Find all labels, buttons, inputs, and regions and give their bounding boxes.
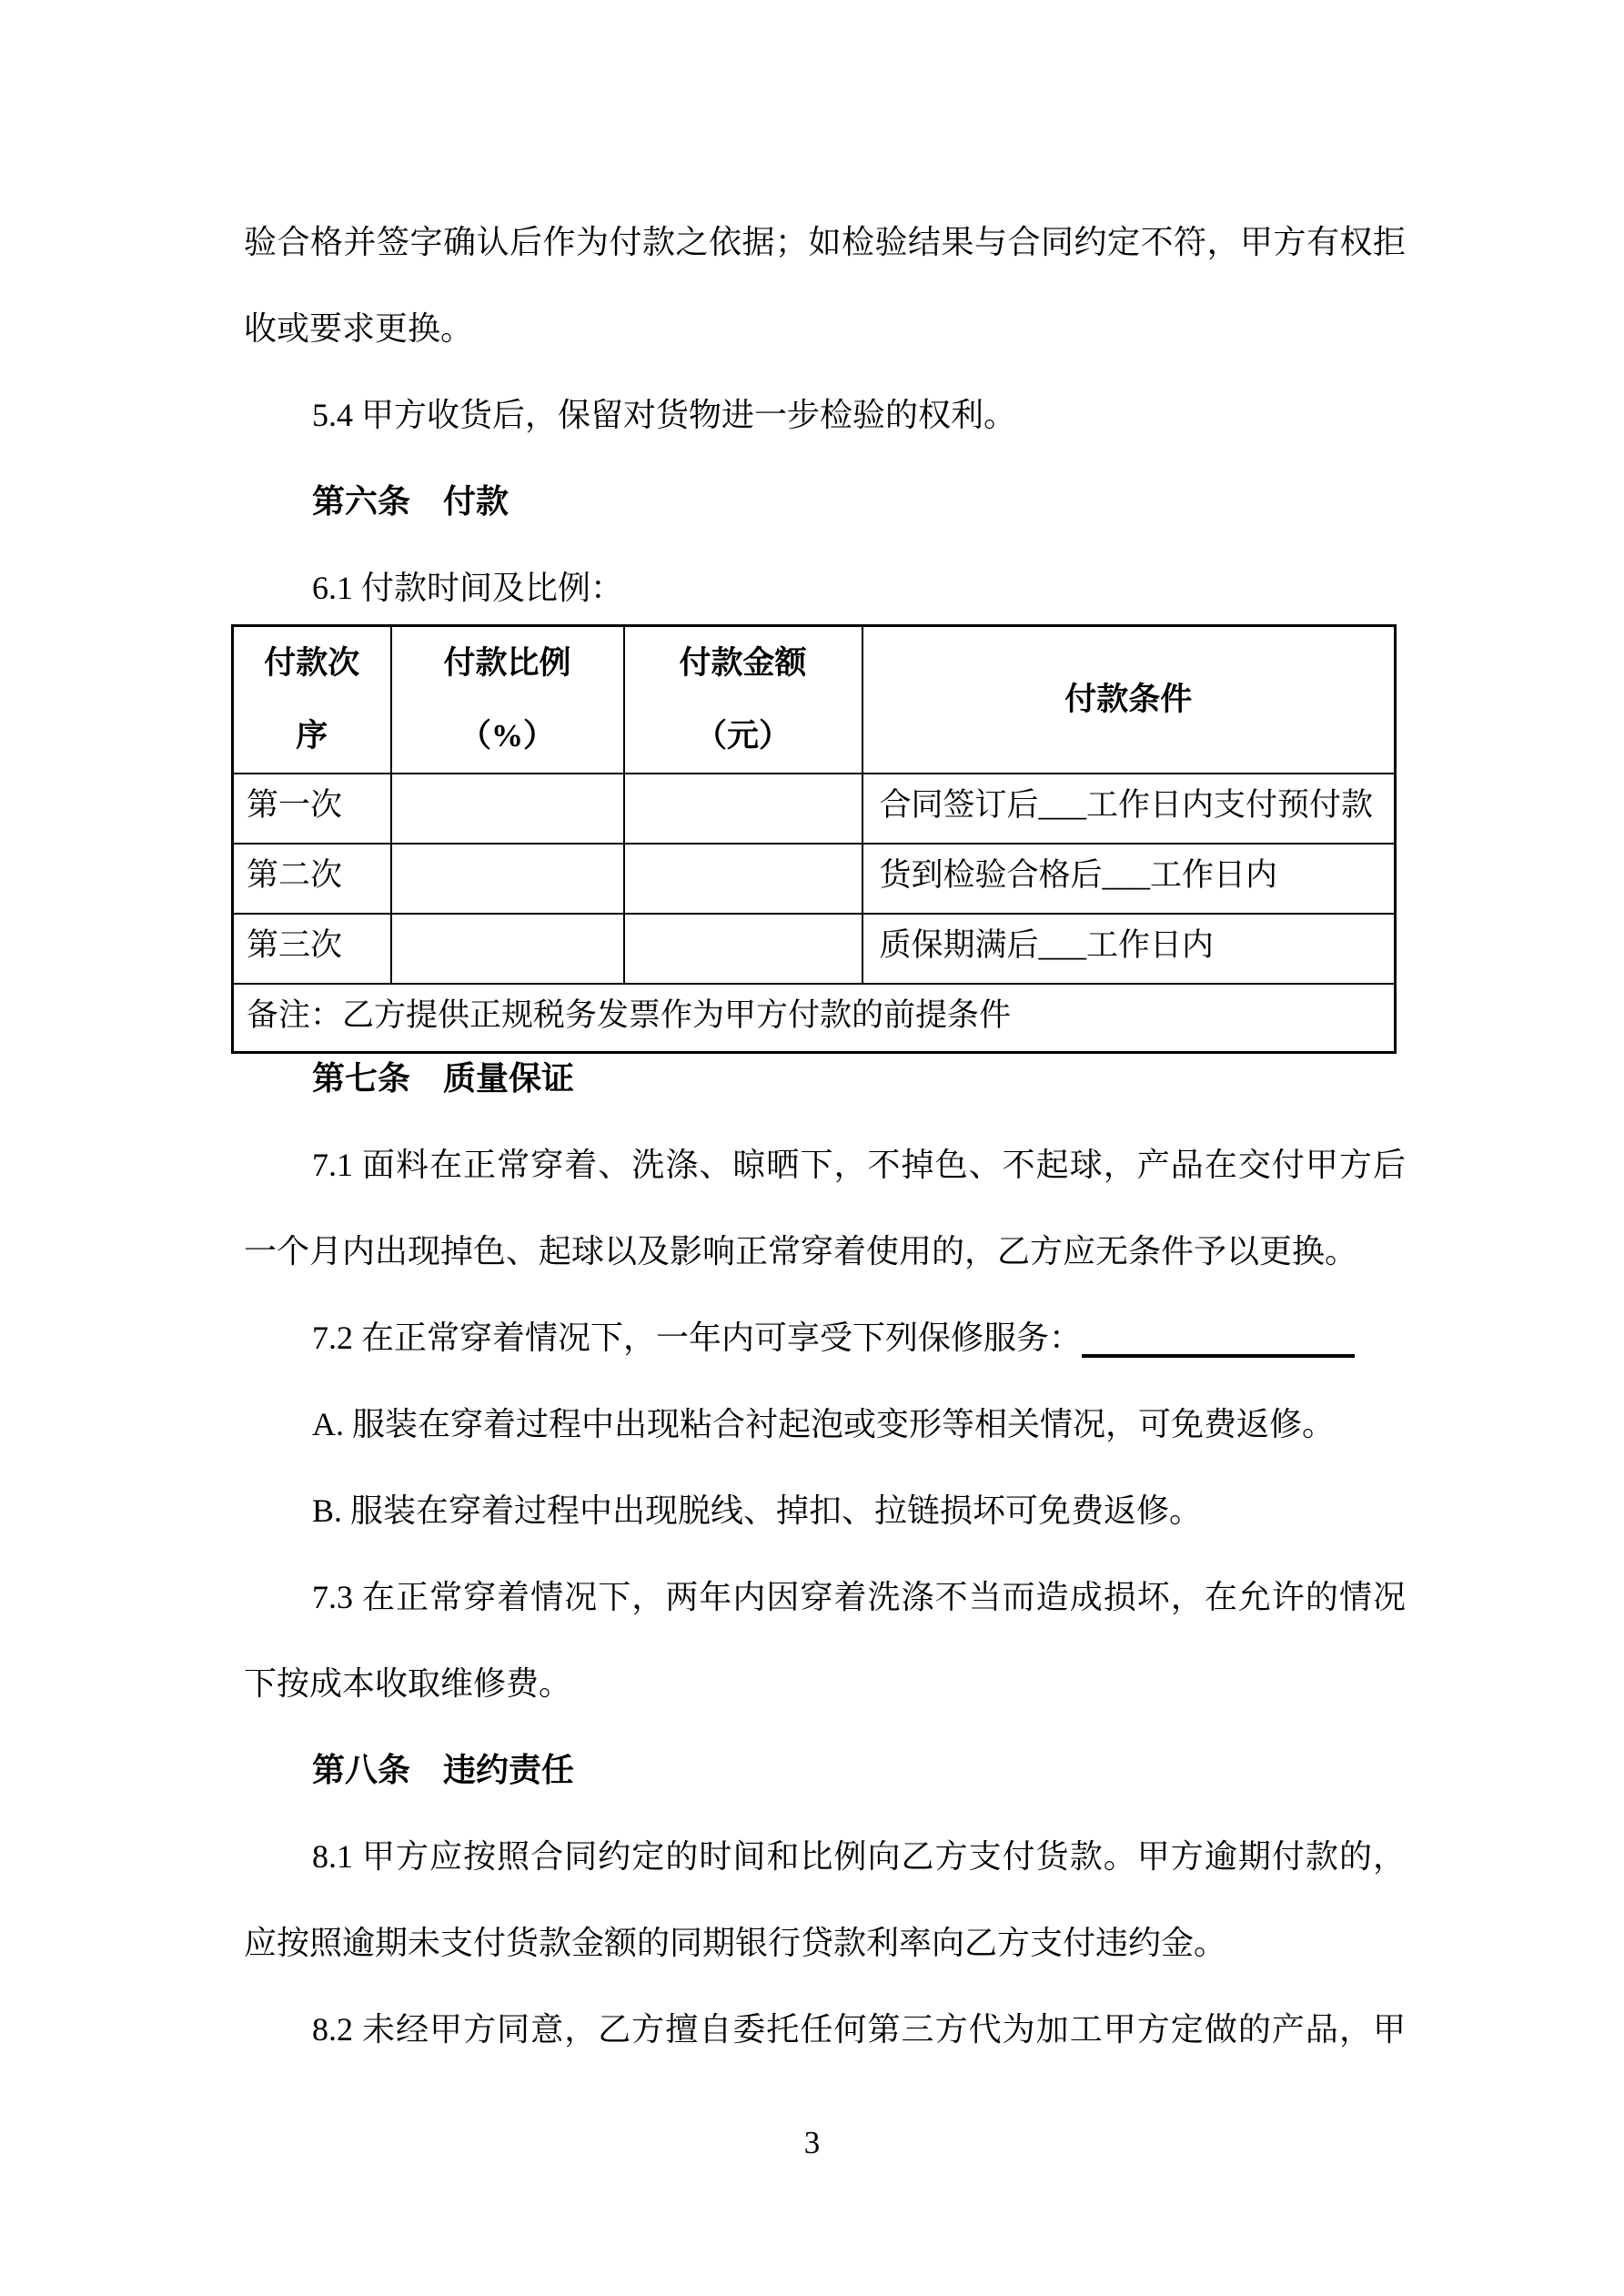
cell-amount-2 (624, 844, 862, 914)
payment-table-row-1: 第一次 合同签订后___工作日内支付预付款 (233, 774, 1396, 844)
contract-page: 验合格并签字确认后作为付款之依据；如检验结果与合同约定不符，甲方有权拒 收或要求… (0, 0, 1624, 2296)
cell-condition-1: 合同签订后___工作日内支付预付款 (862, 774, 1396, 844)
article-6-heading: 第六条 付款 (244, 459, 1406, 545)
page-number: 3 (0, 2120, 1624, 2166)
cell-amount-3 (624, 914, 862, 984)
payment-table-row-2: 第二次 货到检验合格后___工作日内 (233, 844, 1396, 914)
paragraph-5-3-continuation-line-1: 验合格并签字确认后作为付款之依据；如检验结果与合同约定不符，甲方有权拒 (244, 199, 1406, 286)
cell-order-2: 第二次 (233, 844, 391, 914)
clause-6-1: 6.1 付款时间及比例： (244, 545, 1406, 632)
clause-7-1-line-1: 7.1 面料在正常穿着、洗涤、晾晒下，不掉色、不起球，产品在交付甲方后 (244, 1122, 1406, 1209)
article-8-heading: 第八条 违约责任 (244, 1727, 1406, 1814)
cell-amount-1 (624, 774, 862, 844)
cell-condition-3: 质保期满后___工作日内 (862, 914, 1396, 984)
warranty-item-a: A. 服装在穿着过程中出现粘合衬起泡或变形等相关情况，可免费返修。 (244, 1381, 1406, 1468)
clause-8-1-line-1: 8.1 甲方应按照合同约定的时间和比例向乙方支付货款。甲方逾期付款的， (244, 1814, 1406, 1900)
cell-order-3: 第三次 (233, 914, 391, 984)
column-header-payment-condition: 付款条件 (862, 626, 1396, 774)
contract-body: 验合格并签字确认后作为付款之依据；如检验结果与合同约定不符，甲方有权拒 收或要求… (0, 0, 1624, 2073)
blank-fill-in-line (1082, 1354, 1355, 1358)
cell-ratio-1 (391, 774, 624, 844)
clause-7-3-line-2: 下按成本收取维修费。 (244, 1641, 1406, 1727)
column-header-payment-order: 付款次序 (233, 626, 391, 774)
clause-7-2: 7.2 在正常穿着情况下，一年内可享受下列保修服务： (244, 1295, 1406, 1381)
payment-table-row-3: 第三次 质保期满后___工作日内 (233, 914, 1396, 984)
clause-8-2-line-1: 8.2 未经甲方同意，乙方擅自委托任何第三方代为加工甲方定做的产品，甲 (244, 1987, 1406, 2073)
column-header-payment-amount: 付款金额（元） (624, 626, 862, 774)
clause-7-3-line-1: 7.3 在正常穿着情况下，两年内因穿着洗涤不当而造成损坏，在允许的情况 (244, 1554, 1406, 1641)
clause-8-1-line-2: 应按照逾期未支付货款金额的同期银行贷款利率向乙方支付违约金。 (244, 1900, 1406, 1987)
clause-7-1-line-2: 一个月内出现掉色、起球以及影响正常穿着使用的，乙方应无条件予以更换。 (244, 1209, 1406, 1295)
cell-ratio-2 (391, 844, 624, 914)
cell-order-1: 第一次 (233, 774, 391, 844)
clause-5-4: 5.4 甲方收货后，保留对货物进一步检验的权利。 (244, 372, 1406, 459)
clause-7-2-text: 7.2 在正常穿着情况下，一年内可享受下列保修服务： (312, 1295, 1082, 1381)
warranty-item-b: B. 服装在穿着过程中出现脱线、掉扣、拉链损坏可免费返修。 (244, 1468, 1406, 1554)
article-7-heading: 第七条 质量保证 (244, 1036, 1406, 1122)
cell-condition-2: 货到检验合格后___工作日内 (862, 844, 1396, 914)
payment-schedule-table: 付款次序 付款比例（%） 付款金额（元） 付款条件 第一次 合同签订后___工作… (231, 624, 1397, 1054)
cell-ratio-3 (391, 914, 624, 984)
column-header-payment-ratio: 付款比例（%） (391, 626, 624, 774)
payment-table-header-row: 付款次序 付款比例（%） 付款金额（元） 付款条件 (233, 626, 1396, 774)
paragraph-5-3-continuation-line-2: 收或要求更换。 (244, 286, 1406, 372)
